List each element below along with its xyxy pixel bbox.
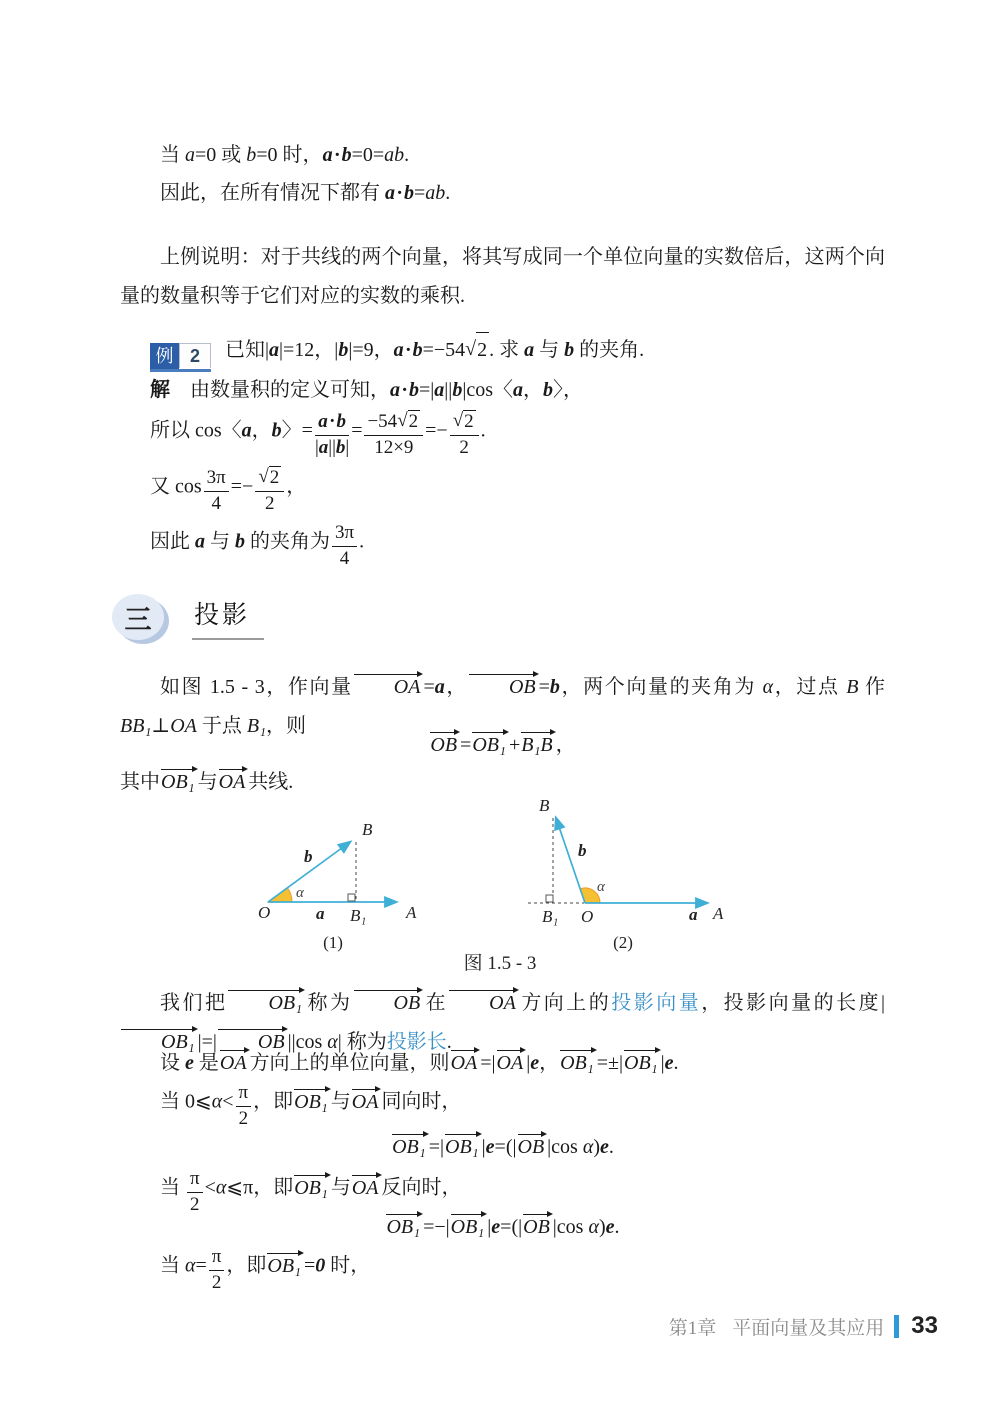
- right-angle-mark-1: [348, 894, 355, 901]
- section-title: 投影: [192, 595, 264, 640]
- formula-angle-result: 因此 a 与 b 的夹角为3π4.: [120, 522, 915, 571]
- point-label-b1-1: B₁: [350, 906, 366, 925]
- point-label-a-2: A: [712, 904, 724, 923]
- text-line-case-zero: 当 a=0 或 b=0 时，a·b=0=ab.: [120, 138, 925, 172]
- point-label-b-1: B: [362, 820, 373, 839]
- page-footer: 第1章 平面向量及其应用 33: [669, 1312, 938, 1340]
- vector-label-b-2: b: [578, 841, 587, 860]
- point-label-b1-2: B₁: [542, 907, 558, 926]
- example-badge-number: 2: [179, 343, 211, 368]
- solution-line: 解 由数量积的定义可知，a·b=|a||b|cos〈a，b〉，: [120, 373, 915, 407]
- formula-projection-negative: OB₁=−|OB₁|e=(|OB|cos α)e.: [120, 1210, 885, 1244]
- point-label-o-2: O: [581, 907, 593, 926]
- subfigure-1: O a B₁ A b α B (1): [258, 820, 417, 952]
- footer-divider-bar: [894, 1315, 899, 1338]
- figure-1-5-3: O a B₁ A b α B (1) B b α B₁ O a A (2): [120, 795, 880, 960]
- point-label-o-1: O: [258, 903, 270, 922]
- text-line-unit-vector: 设 e 是OA方向上的单位向量，则OA=|OA|e，OB₁=±|OB₁|e.: [120, 1046, 925, 1080]
- footer-chapter: 第1章: [669, 1313, 717, 1340]
- point-label-b-2: B: [539, 796, 550, 815]
- angle-label-alpha-2: α: [597, 879, 606, 895]
- figure-caption: 图 1.5 - 3: [120, 948, 880, 975]
- example-body: 已知|a|=12，|b|=9，a·b=−54√2. 求 a 与 b 的夹角.: [225, 339, 644, 361]
- point-label-a-1: A: [405, 903, 417, 922]
- case-line-same-direction: 当 0⩽α<π2，即OB₁与OA同向时，: [120, 1082, 925, 1131]
- formula-cos-derivation: 所以 cos〈a，b〉=a·b|a||b|=−54√212×9=−√22.: [120, 410, 915, 460]
- footer-page-number: 33: [911, 1312, 938, 1340]
- formula-cos-3pi4: 又 cos3π4=−√22，: [120, 466, 915, 516]
- text-line-conclusion: 因此，在所有情况下都有 a·b=ab.: [120, 176, 925, 210]
- angle-label-alpha-1: α: [296, 885, 305, 901]
- case-line-perpendicular: 当 α=π2，即OB₁=0 时，: [120, 1246, 925, 1295]
- vector-label-a-2: a: [689, 905, 698, 924]
- subfigure-2: B b α B₁ O a A (2): [528, 796, 724, 952]
- vector-label-b-1: b: [304, 847, 313, 866]
- right-angle-mark-2: [546, 895, 553, 902]
- paragraph-collinear-note: 上例说明：对于共线的两个向量，将其写成同一个单位向量的实数倍后，这两个向量的数量…: [120, 238, 885, 316]
- example-badge: 例 2: [150, 343, 211, 372]
- example-2-line: 例 2 已知|a|=12，|b|=9，a·b=−54√2. 求 a 与 b 的夹…: [120, 332, 915, 372]
- text-line-collinear: 其中OB₁与OA共线.: [120, 765, 885, 799]
- example-badge-label: 例: [150, 343, 179, 369]
- section-heading: 三 投影: [112, 594, 264, 640]
- footer-book-title: 平面向量及其应用: [732, 1313, 884, 1340]
- vector-label-a-1: a: [316, 904, 325, 923]
- formula-projection-positive: OB₁=|OB₁|e=(|OB|cos α)e.: [120, 1130, 885, 1164]
- vector-ob-arrow-2: [556, 818, 585, 903]
- section-number-circle: 三: [112, 594, 164, 640]
- formula-ob-decomposition: OB=OB₁+B₁B，: [120, 728, 885, 762]
